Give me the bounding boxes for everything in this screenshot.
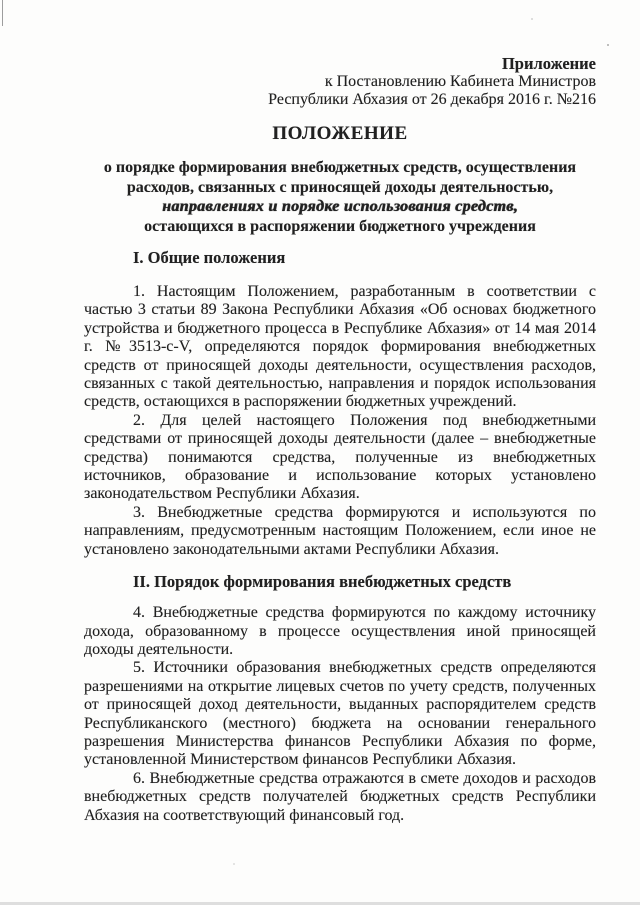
document-reference-header: Приложение к Постановлению Кабинета Мини…	[84, 0, 596, 109]
paragraph-3: 3. Внебюджетные средства формируются и и…	[84, 504, 596, 559]
section-heading-general-provisions: I. Общие положения	[84, 248, 596, 267]
scan-speck	[531, 18, 533, 20]
paragraph-5: 5. Источники образования внебюджетных ср…	[84, 659, 596, 769]
scanned-document-page: Приложение к Постановлению Кабинета Мини…	[0, 0, 640, 905]
paragraph-1: 1. Настоящим Положением, разработанным в…	[84, 283, 596, 412]
paragraph-2: 2. Для целей настоящего Положения под вн…	[84, 412, 596, 504]
subtitle-line-4: остающихся в распоряжении бюджетного учр…	[84, 217, 596, 237]
scan-edge-artifact-top-left	[2, 0, 3, 26]
header-line-resolution: к Постановлению Кабинета Министров	[84, 73, 596, 91]
header-line-annex: Приложение	[84, 55, 596, 73]
document-title: ПОЛОЖЕНИЕ	[84, 122, 596, 146]
subtitle-line-3: направлениях и порядке использования сре…	[84, 197, 596, 217]
document-subtitle: о порядке формирования внебюджетных сред…	[84, 158, 596, 236]
scan-speck	[233, 863, 235, 865]
header-line-republic-date-number: Республики Абхазия от 26 декабря 2016 г.…	[84, 91, 596, 109]
paragraph-6: 6. Внебюджетные средства отражаются в см…	[84, 770, 596, 825]
paragraph-4: 4. Внебюджетные средства формируются по …	[84, 604, 596, 659]
subtitle-line-2: расходов, связанных с приносящей доходы …	[84, 178, 596, 198]
document-content: Приложение к Постановлению Кабинета Мини…	[84, 0, 596, 825]
section-heading-formation-procedure: II. Порядок формирования внебюджетных ср…	[84, 572, 596, 591]
scan-speck	[607, 44, 609, 46]
subtitle-line-1: о порядке формирования внебюджетных сред…	[84, 158, 596, 178]
